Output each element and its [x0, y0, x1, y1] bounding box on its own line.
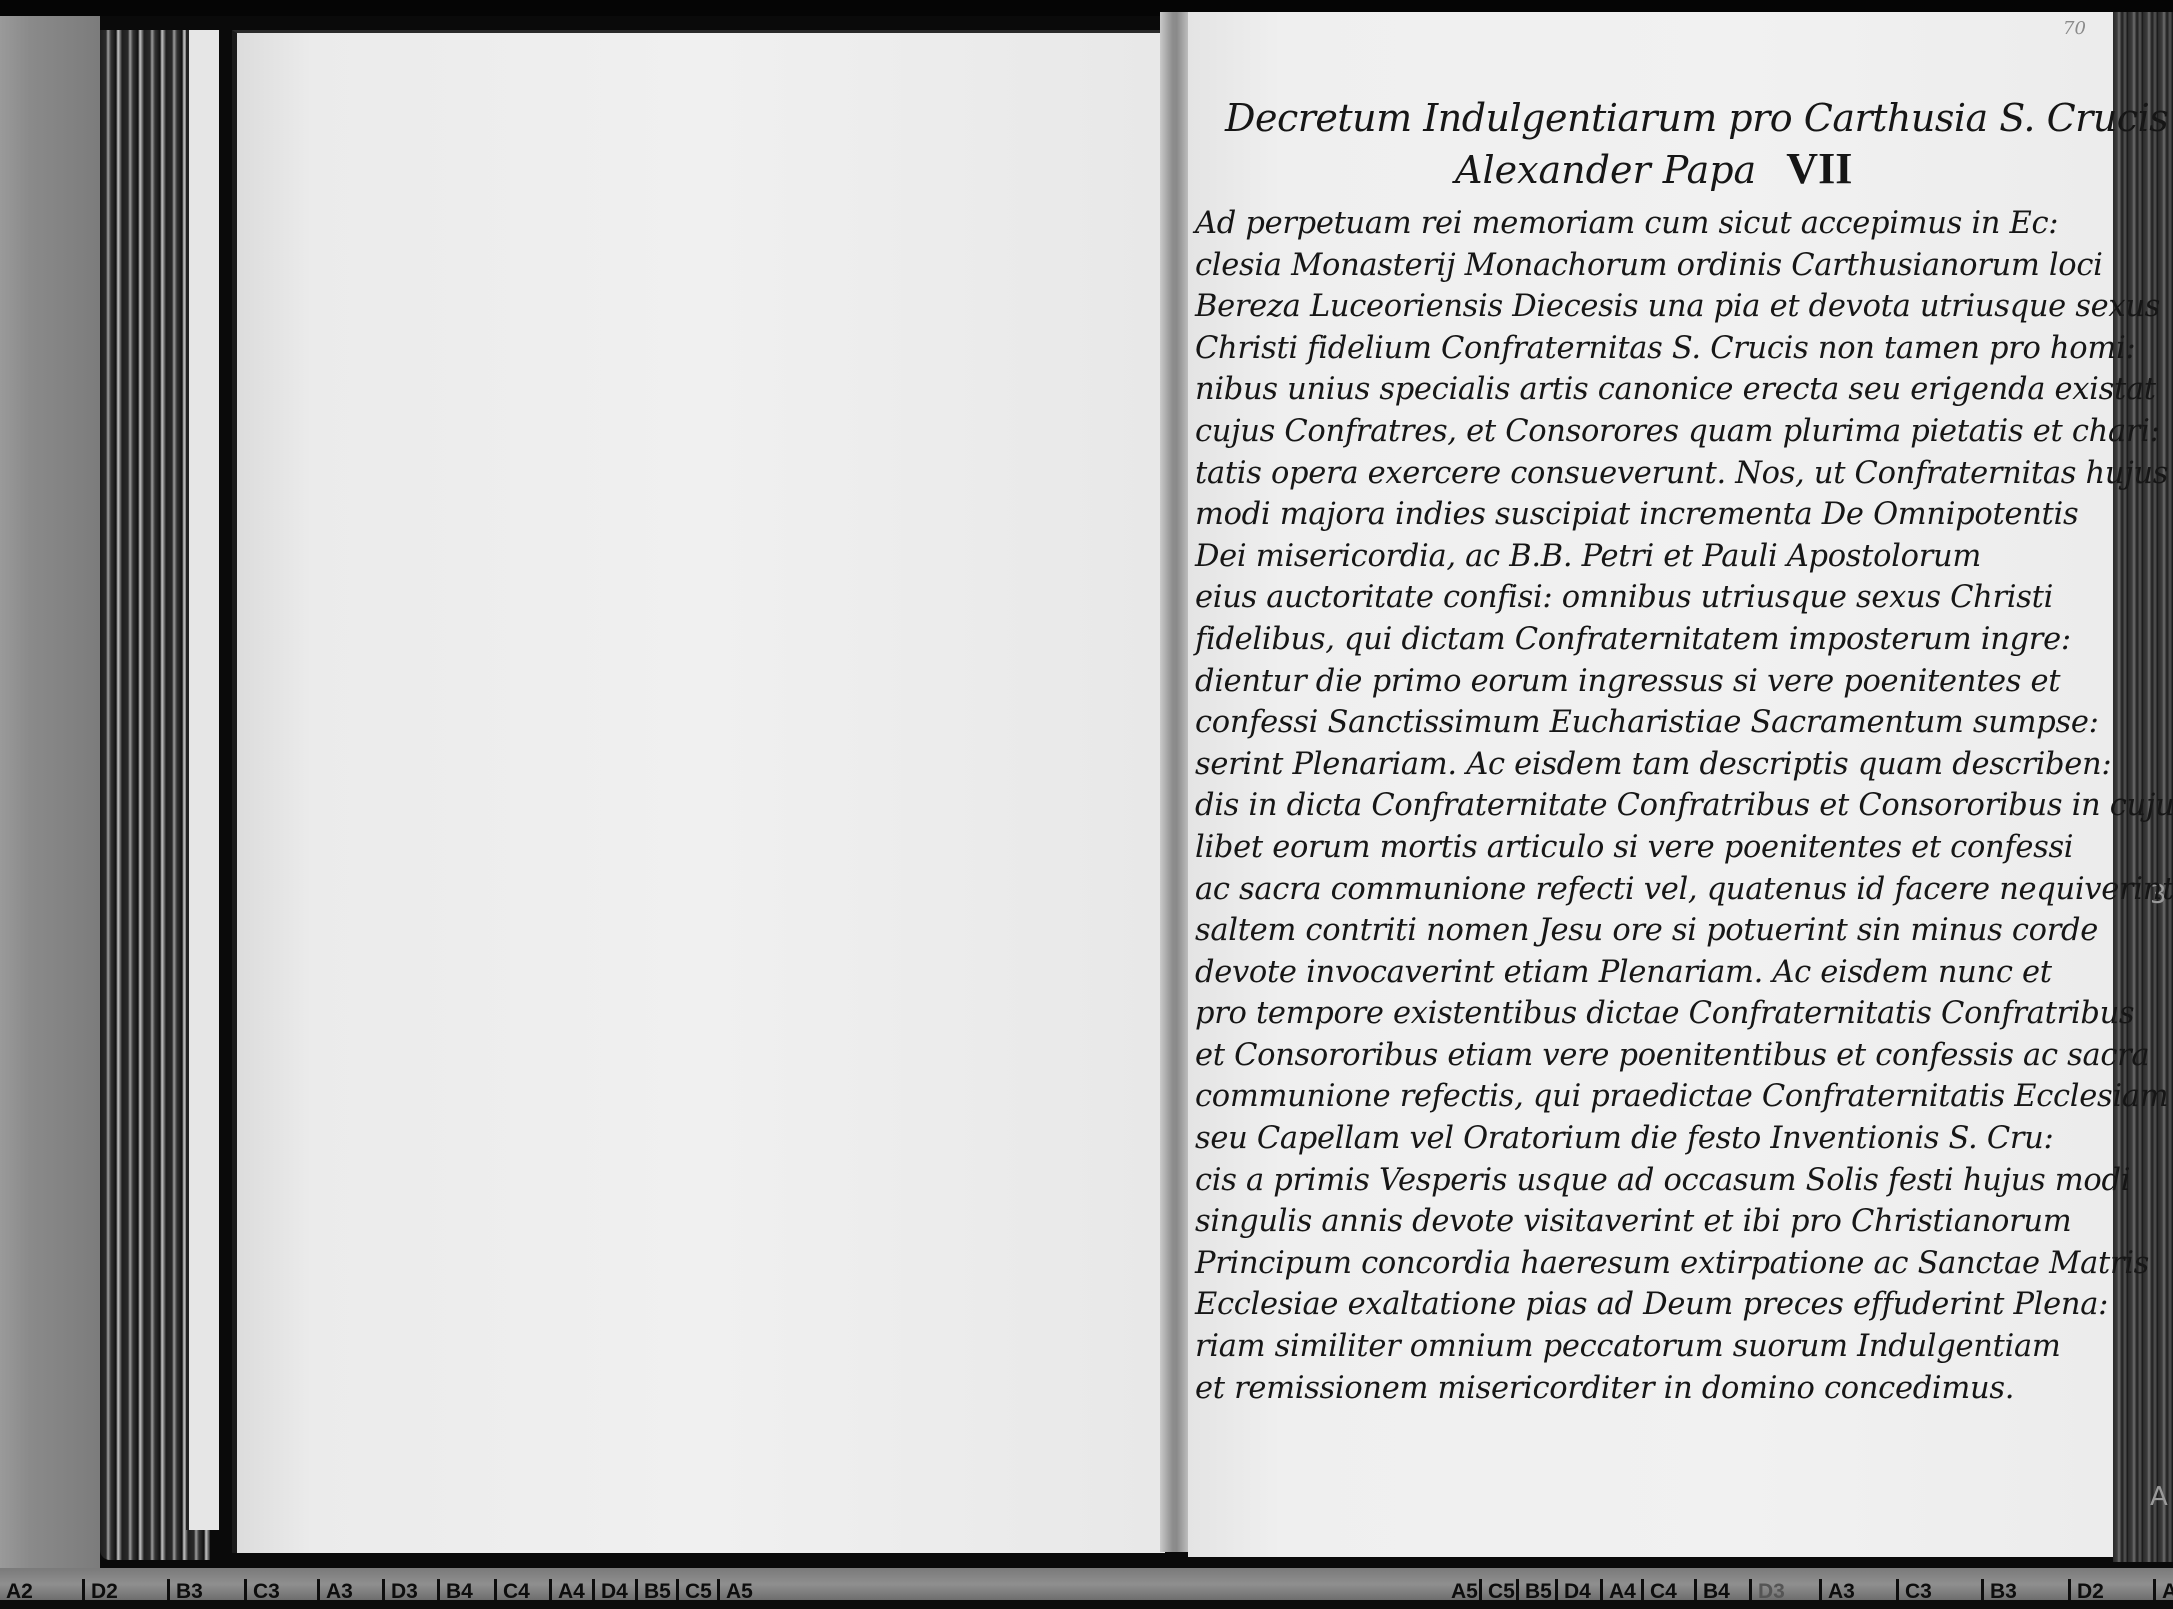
text-line: cis a primis Vesperis usque ad occasum S… [1195, 1160, 2095, 1202]
text-line: cujus Confratres, et Consorores quam plu… [1195, 411, 2095, 453]
text-line: riam similiter omnium peccatorum suorum … [1195, 1326, 2095, 1368]
manuscript-scan: 70 3 A Decretum Indulgentiarum pro Carth… [0, 0, 2173, 1609]
text-line: et Consororibus etiam vere poenitentibus… [1195, 1035, 2095, 1077]
text-line: Bereza Luceoriensis Diecesis una pia et … [1195, 286, 2095, 328]
text-line: singulis annis devote visitaverint et ib… [1195, 1201, 2095, 1243]
text-line: eius auctoritate confisi: omnibus utrius… [1195, 577, 2095, 619]
document-subheading: Alexander Papa VII [1455, 144, 2095, 195]
text-line: Christi fidelium Confraternitas S. Cruci… [1195, 328, 2095, 370]
left-page-flap [186, 30, 219, 1530]
text-line: Dei misericordia, ac B.B. Petri et Pauli… [1195, 536, 2095, 578]
book-gutter [1160, 12, 1188, 1552]
folio-number: 70 [2063, 18, 2086, 39]
subheading-text: Alexander Papa [1455, 148, 1756, 192]
text-line: saltem contriti nomen Jesu ore si potuer… [1195, 910, 2095, 952]
text-line: dis in dicta Confraternitate Confratribu… [1195, 785, 2095, 827]
text-line: pro tempore existentibus dictae Confrate… [1195, 993, 2095, 1035]
text-line: libet eorum mortis articulo si vere poen… [1195, 827, 2095, 869]
left-blank-page [232, 30, 1165, 1553]
bottom-border [0, 1600, 2173, 1609]
text-line: Ad perpetuam rei memoriam cum sicut acce… [1195, 203, 2095, 245]
text-line: seu Capellam vel Oratorium die festo Inv… [1195, 1118, 2095, 1160]
subheading-numeral: VII [1786, 144, 1852, 193]
text-line: nibus unius specialis artis canonice ere… [1195, 369, 2095, 411]
text-line: confessi Sanctissimum Eucharistiae Sacra… [1195, 702, 2095, 744]
text-line: communione refectis, qui praedictae Conf… [1195, 1076, 2095, 1118]
body-text: Ad perpetuam rei memoriam cum sicut acce… [1195, 203, 2095, 1409]
left-book-cover-edge [0, 16, 100, 1576]
text-line: Principum concordia haeresum extirpation… [1195, 1243, 2095, 1285]
document-heading: Decretum Indulgentiarum pro Carthusia S.… [1225, 92, 2095, 144]
margin-mark-a: A [2150, 1482, 2168, 1512]
text-line: et remissionem misericorditer in domino … [1195, 1368, 2095, 1410]
text-line: ac sacra communione refecti vel, quatenu… [1195, 869, 2095, 911]
text-line: devote invocaverint etiam Plenariam. Ac … [1195, 952, 2095, 994]
text-line: serint Plenariam. Ac eisdem tam descript… [1195, 744, 2095, 786]
text-line: dientur die primo eorum ingressus si ver… [1195, 661, 2095, 703]
text-line: clesia Monasterij Monachorum ordinis Car… [1195, 245, 2095, 287]
text-line: modi majora indies suscipiat incrementa … [1195, 494, 2095, 536]
text-line: Ecclesiae exaltatione pias ad Deum prece… [1195, 1284, 2095, 1326]
right-page-stack [2113, 12, 2173, 1562]
manuscript-text: Decretum Indulgentiarum pro Carthusia S.… [1195, 92, 2095, 1409]
text-line: fidelibus, qui dictam Confraternitatem i… [1195, 619, 2095, 661]
text-line: tatis opera exercere consueverunt. Nos, … [1195, 453, 2095, 495]
